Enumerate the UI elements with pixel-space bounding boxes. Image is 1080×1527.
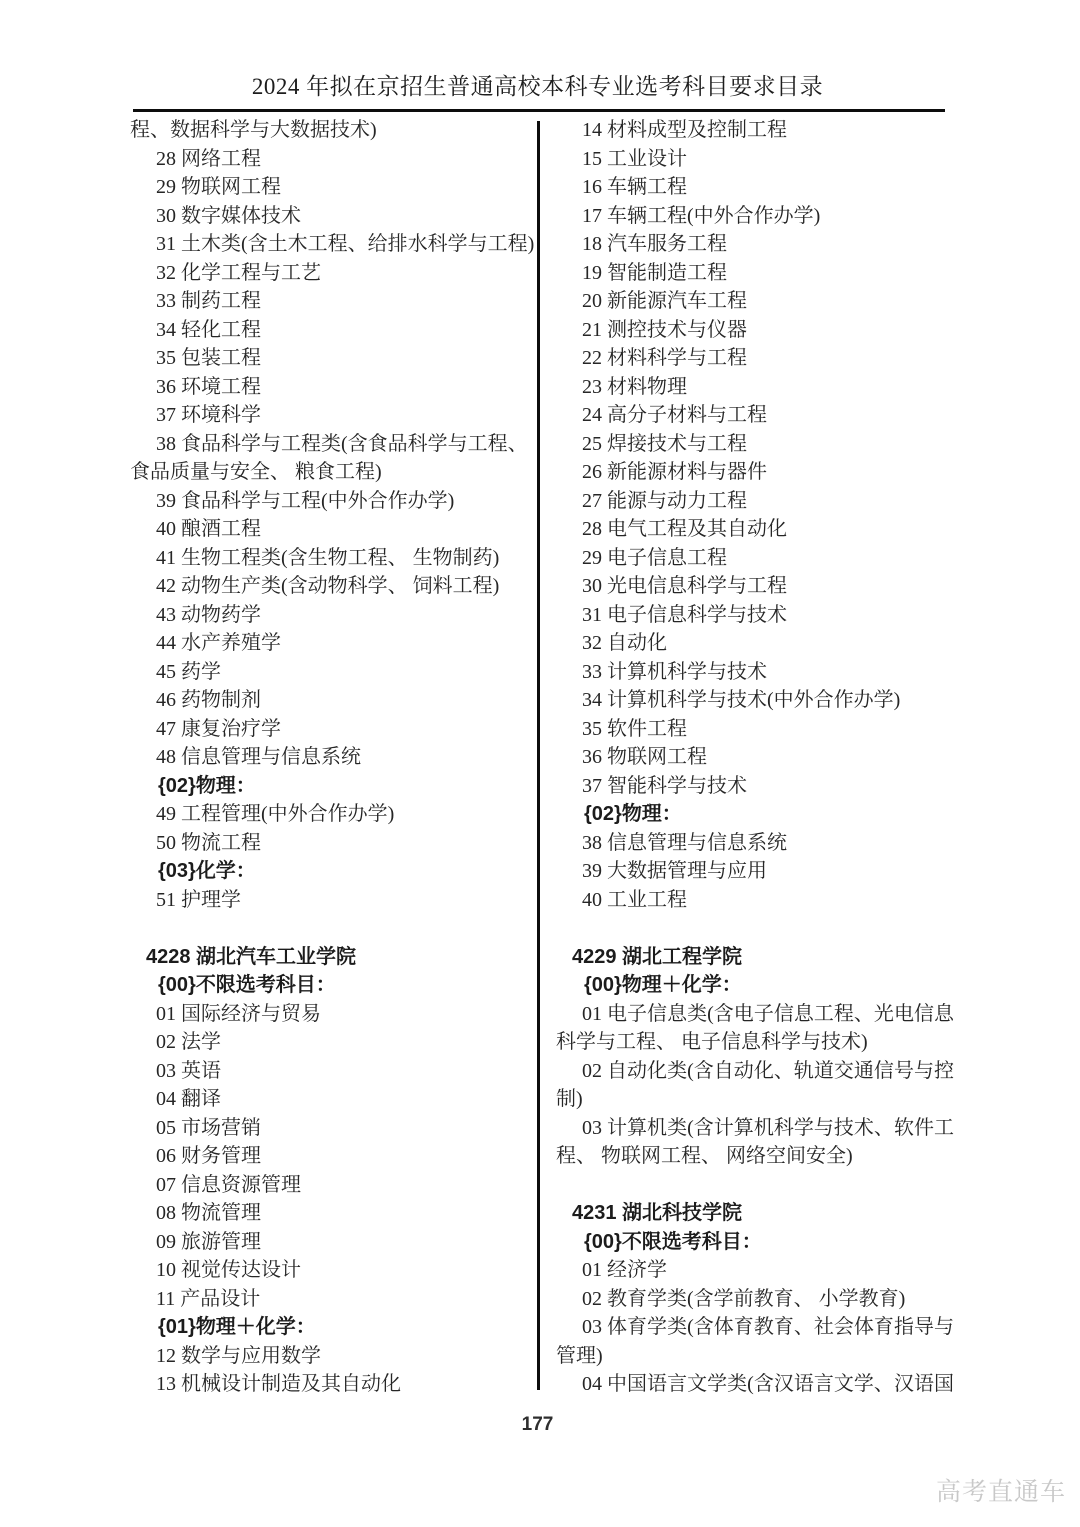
major-line: 36 物联网工程 (556, 743, 954, 772)
major-line: 33 计算机科学与技术 (556, 658, 954, 687)
university-header: 4228 湖北汽车工业学院 (130, 943, 522, 972)
major-line: 39 食品科学与工程(中外合作办学) (130, 487, 522, 516)
major-line: 02 教育学类(含学前教育、 小学教育) (556, 1285, 954, 1314)
major-line: 26 新能源材料与器件 (556, 458, 954, 487)
major-line: 03 计算机类(含计算机科学与技术、软件工 (556, 1114, 954, 1143)
document-page: 2024 年拟在京招生普通高校本科专业选考科目要求目录 程、数据科学与大数据技术… (0, 0, 1080, 1527)
major-line: 15 工业设计 (556, 145, 954, 174)
major-line: 08 物流管理 (130, 1199, 522, 1228)
wrapped-text-line: 程、数据科学与大数据技术) (130, 116, 522, 145)
major-line: 47 康复治疗学 (130, 715, 522, 744)
major-line: 48 信息管理与信息系统 (130, 743, 522, 772)
column-right: 14 材料成型及控制工程15 工业设计16 车辆工程17 车辆工程(中外合作办学… (556, 116, 954, 1399)
subject-group-label: {00}不限选考科目： (556, 1228, 954, 1257)
major-line: 05 市场营销 (130, 1114, 522, 1143)
major-line: 18 汽车服务工程 (556, 230, 954, 259)
major-line: 45 药学 (130, 658, 522, 687)
watermark: 高考直通车 (936, 1472, 1066, 1508)
major-line: 30 数字媒体技术 (130, 202, 522, 231)
major-line: 01 电子信息类(含电子信息工程、光电信息 (556, 1000, 954, 1029)
major-line: 12 数学与应用数学 (130, 1342, 522, 1371)
major-line: 04 翻译 (130, 1085, 522, 1114)
major-line: 32 化学工程与工艺 (130, 259, 522, 288)
major-line: 44 水产养殖学 (130, 629, 522, 658)
university-header: 4231 湖北科技学院 (556, 1199, 954, 1228)
major-line: 21 测控技术与仪器 (556, 316, 954, 345)
header-rule (133, 109, 945, 112)
major-line: 14 材料成型及控制工程 (556, 116, 954, 145)
major-line: 25 焊接技术与工程 (556, 430, 954, 459)
column-left: 程、数据科学与大数据技术)28 网络工程29 物联网工程30 数字媒体技术31 … (130, 116, 522, 1399)
major-line: 32 自动化 (556, 629, 954, 658)
major-line: 43 动物药学 (130, 601, 522, 630)
major-line: 34 轻化工程 (130, 316, 522, 345)
major-line: 28 电气工程及其自动化 (556, 515, 954, 544)
major-line: 29 物联网工程 (130, 173, 522, 202)
major-line: 24 高分子材料与工程 (556, 401, 954, 430)
major-line: 37 智能科学与技术 (556, 772, 954, 801)
major-line: 01 国际经济与贸易 (130, 1000, 522, 1029)
major-line: 42 动物生产类(含动物科学、 饲料工程) (130, 572, 522, 601)
subject-group-label: {02}物理： (130, 772, 522, 801)
major-line: 41 生物工程类(含生物工程、 生物制药) (130, 544, 522, 573)
subject-group-label: {00}物理＋化学： (556, 971, 954, 1000)
major-line: 38 食品科学与工程类(含食品科学与工程、 (130, 430, 522, 459)
wrapped-text-line: 程、 物联网工程、 网络空间安全) (556, 1142, 954, 1171)
page-number: 177 (130, 1414, 945, 1436)
major-line: 31 电子信息科学与技术 (556, 601, 954, 630)
major-line: 01 经济学 (556, 1256, 954, 1285)
major-line: 39 大数据管理与应用 (556, 857, 954, 886)
major-line: 46 药物制剂 (130, 686, 522, 715)
blank-line (556, 914, 954, 943)
major-line: 16 车辆工程 (556, 173, 954, 202)
major-line: 28 网络工程 (130, 145, 522, 174)
major-line: 30 光电信息科学与工程 (556, 572, 954, 601)
major-line: 02 自动化类(含自动化、轨道交通信号与控 (556, 1057, 954, 1086)
major-line: 07 信息资源管理 (130, 1171, 522, 1200)
major-line: 17 车辆工程(中外合作办学) (556, 202, 954, 231)
wrapped-text-line: 食品质量与安全、 粮食工程) (130, 458, 522, 487)
university-header: 4229 湖北工程学院 (556, 943, 954, 972)
major-line: 36 环境工程 (130, 373, 522, 402)
subject-group-label: {01}物理＋化学： (130, 1313, 522, 1342)
major-line: 34 计算机科学与技术(中外合作办学) (556, 686, 954, 715)
major-line: 02 法学 (130, 1028, 522, 1057)
blank-line (130, 914, 522, 943)
blank-line (556, 1171, 954, 1200)
major-line: 20 新能源汽车工程 (556, 287, 954, 316)
subject-group-label: {00}不限选考科目： (130, 971, 522, 1000)
major-line: 38 信息管理与信息系统 (556, 829, 954, 858)
major-line: 31 土木类(含土木工程、给排水科学与工程) (130, 230, 522, 259)
major-line: 37 环境科学 (130, 401, 522, 430)
major-line: 04 中国语言文学类(含汉语言文学、汉语国 (556, 1370, 954, 1399)
major-line: 40 工业工程 (556, 886, 954, 915)
major-line: 35 包装工程 (130, 344, 522, 373)
page-title: 2024 年拟在京招生普通高校本科专业选考科目要求目录 (130, 72, 945, 102)
major-line: 11 产品设计 (130, 1285, 522, 1314)
subject-group-label: {03}化学： (130, 857, 522, 886)
major-line: 50 物流工程 (130, 829, 522, 858)
major-line: 19 智能制造工程 (556, 259, 954, 288)
major-line: 51 护理学 (130, 886, 522, 915)
major-line: 22 材料科学与工程 (556, 344, 954, 373)
major-line: 29 电子信息工程 (556, 544, 954, 573)
major-line: 49 工程管理(中外合作办学) (130, 800, 522, 829)
major-line: 23 材料物理 (556, 373, 954, 402)
major-line: 10 视觉传达设计 (130, 1256, 522, 1285)
wrapped-text-line: 科学与工程、 电子信息科学与技术) (556, 1028, 954, 1057)
major-line: 03 英语 (130, 1057, 522, 1086)
major-line: 13 机械设计制造及其自动化 (130, 1370, 522, 1399)
wrapped-text-line: 管理) (556, 1342, 954, 1371)
wrapped-text-line: 制) (556, 1085, 954, 1114)
subject-group-label: {02}物理： (556, 800, 954, 829)
major-line: 06 财务管理 (130, 1142, 522, 1171)
major-line: 35 软件工程 (556, 715, 954, 744)
major-line: 03 体育学类(含体育教育、社会体育指导与 (556, 1313, 954, 1342)
major-line: 40 酿酒工程 (130, 515, 522, 544)
major-line: 09 旅游管理 (130, 1228, 522, 1257)
major-line: 27 能源与动力工程 (556, 487, 954, 516)
major-line: 33 制药工程 (130, 287, 522, 316)
column-divider (537, 121, 540, 1390)
